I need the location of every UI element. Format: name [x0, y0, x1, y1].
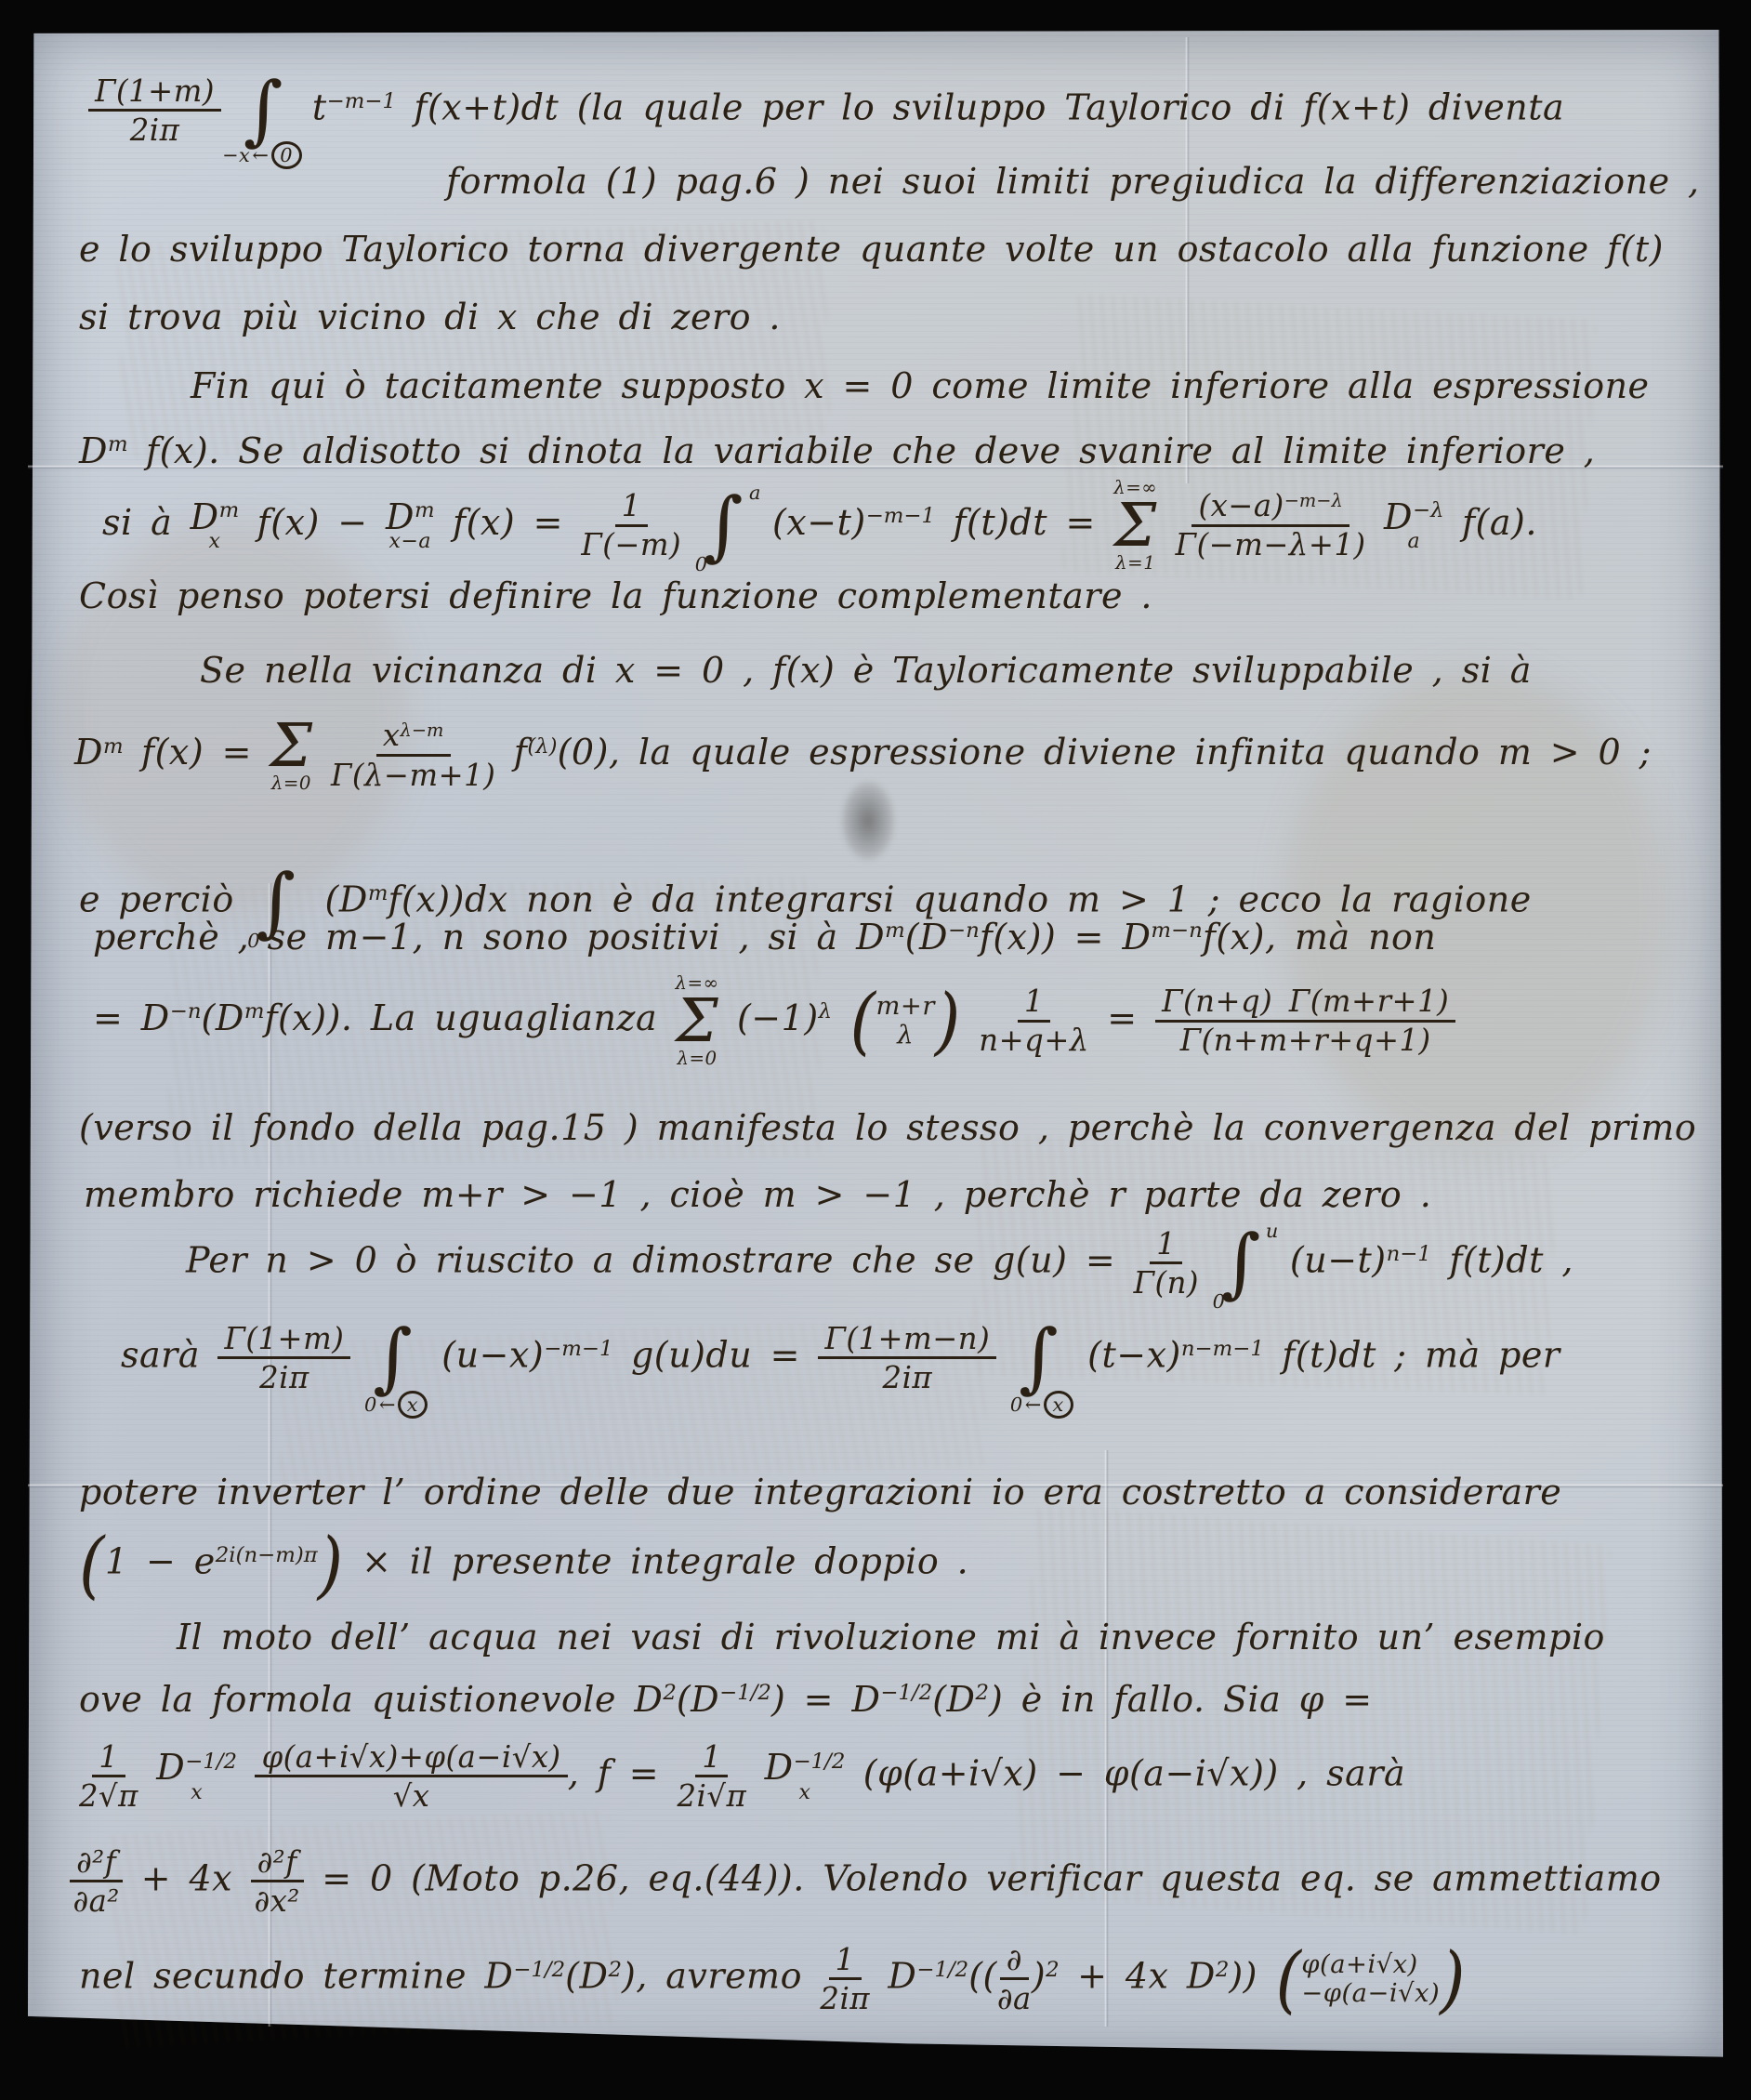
- math-run: f(x) −: [257, 502, 368, 543]
- fraction-numerator: 1: [615, 489, 648, 526]
- manuscript-line-5: Fin qui ò tacitamente supposto x = 0 com…: [191, 364, 1650, 409]
- fraction-numerator: 1: [829, 1943, 862, 1980]
- summation: λ=∞Σλ=1: [1113, 479, 1157, 573]
- math-run: (u−x): [441, 1334, 544, 1375]
- text-run: nel secundo termine: [79, 1956, 467, 1997]
- text-run: sarà: [1326, 1753, 1405, 1794]
- math-run: g(u) =: [993, 1239, 1115, 1280]
- text-run: formola (1) pag.6 ) nei suoi limiti preg…: [446, 161, 1700, 202]
- fraction-denominator: Γ(λ−m+1): [331, 757, 495, 792]
- sum-lower-limit: λ=1: [1115, 554, 1155, 573]
- math-fraction: 12√π: [79, 1740, 138, 1813]
- math-run: (0),: [558, 732, 621, 773]
- integral-sign: ∫: [1019, 1320, 1059, 1396]
- operator-subscript: x: [191, 1783, 203, 1803]
- stacked-arguments: (φ(a+i√x)−φ(a−i√x)): [1275, 1956, 1466, 1997]
- math-run: D: [156, 1747, 185, 1788]
- math-run: (u−t): [1290, 1239, 1387, 1280]
- fraction-denominator: ∂a²: [72, 1882, 119, 1918]
- big-paren: ): [1440, 1943, 1466, 2016]
- exponent: 2: [1216, 1958, 1230, 1982]
- exponent: m: [415, 498, 435, 522]
- manuscript-line-21: ove la formola quistionevole D2(D−1/2) =…: [79, 1678, 1373, 1723]
- limit-text: −x: [222, 143, 250, 167]
- integral-sign: ∫: [1221, 1225, 1261, 1301]
- math-run: f(t)dt ; mà per: [1282, 1334, 1560, 1375]
- big-paren: ): [318, 1528, 344, 1602]
- math-run: ): [1032, 1956, 1046, 1997]
- manuscript-line-4: si trova più vicino di x che di zero .: [79, 296, 781, 340]
- integral: ∫−x←0: [244, 73, 283, 149]
- math-fraction: Γ(1+m−n)2iπ: [818, 1322, 996, 1394]
- text-run: potere inverter l’ ordine delle due inte…: [79, 1472, 1561, 1512]
- exponent: m: [368, 881, 388, 905]
- argument-stack: φ(a+i√x)−φ(a−i√x): [1301, 1950, 1440, 2009]
- binomial-stack: m+rλ: [875, 992, 934, 1050]
- fraction-numerator: ∂²f: [70, 1845, 123, 1882]
- math-run: f(x)) = D: [980, 917, 1152, 958]
- operator-subscript: x−a: [389, 532, 432, 552]
- text-run: si trova più vicino di x che di zero .: [79, 297, 781, 337]
- math-fraction: Γ(1+m)2iπ: [217, 1322, 350, 1394]
- manuscript-line-8: Così penso potersi definire la funzione …: [79, 575, 1152, 619]
- math-fraction: ∂²f∂x²: [251, 1845, 304, 1918]
- limit-arrow-icon: ←: [1025, 1393, 1042, 1417]
- integral: ∫a0: [704, 488, 744, 564]
- math-run: (−1): [737, 997, 819, 1038]
- manuscript-line-1: Γ(1+m)2iπ ∫−x←0 t−m−1 f(x+t)dt (la quale…: [88, 73, 1564, 149]
- math-run: (D: [932, 1679, 975, 1720]
- fraction-denominator: Γ(−m): [581, 527, 681, 562]
- math-run: f(x))dx: [388, 878, 507, 919]
- scanned-manuscript-screenshot: { "colors": { "background": "#060606", "…: [0, 0, 1751, 2100]
- fraction-denominator: 2√π: [79, 1777, 138, 1813]
- text-run: = 0 (Moto p.26, eq.(44)). Volendo verifi…: [322, 1858, 1661, 1899]
- exponent: (λ): [527, 734, 557, 759]
- integral-sign: ∫: [704, 488, 744, 564]
- exponent: −m−λ: [1284, 490, 1343, 511]
- fraction-numerator: Γ(1+m): [217, 1322, 350, 1359]
- fraction-denominator: Γ(−m−λ+1): [1176, 527, 1366, 562]
- text-run: membro richiede m+r > −1 , cioè m > −1 ,…: [84, 1174, 1431, 1215]
- math-run: D: [856, 917, 885, 958]
- circled-limit: x: [398, 1391, 428, 1419]
- d-operator-stack: D−1/2x: [765, 1750, 846, 1803]
- math-run: f(x)). La uguaglianza: [264, 997, 657, 1038]
- math-run: + 4x D: [1077, 1956, 1216, 1997]
- manuscript-line-18: potere inverter l’ ordine delle due inte…: [79, 1471, 1561, 1515]
- manuscript-line-19: (1 − e2i(n−m)π) × il presente integrale …: [79, 1532, 968, 1597]
- d-operator-stack: Dmx: [191, 499, 240, 552]
- text-run: perchè , se m−1, n sono positivi , si à: [93, 917, 838, 958]
- operator-row: Dm: [191, 499, 240, 535]
- operator-row: D−λ: [1384, 499, 1444, 535]
- circled-limit: x: [1044, 1391, 1073, 1419]
- text-run: Se nella vicinanza di x = 0 , f(x) è Tay…: [200, 650, 1532, 691]
- manuscript-line-9: Se nella vicinanza di x = 0 , f(x) è Tay…: [200, 649, 1532, 693]
- math-run: (D: [565, 1956, 608, 1997]
- exponent: −1/2: [794, 1750, 846, 1774]
- fraction-numerator: (x−a)−m−λ: [1191, 489, 1349, 526]
- exponent: −1/2: [513, 1958, 565, 1982]
- exponent: −m−1: [327, 89, 396, 113]
- fraction-numerator: 1: [92, 1740, 125, 1777]
- math-fraction: 1Γ(−m): [581, 489, 681, 561]
- multiplication-sign: ×: [362, 1541, 391, 1582]
- math-run: (t−x): [1087, 1334, 1181, 1375]
- manuscript-line-15: membro richiede m+r > −1 , cioè m > −1 ,…: [84, 1173, 1431, 1218]
- manuscript-line-3: e lo sviluppo Taylorico torna divergente…: [79, 228, 1664, 272]
- text-run: ove la formola quistionevole: [79, 1679, 616, 1720]
- fraction-denominator: ∂x²: [254, 1882, 299, 1918]
- fraction-numerator: 1: [1150, 1227, 1182, 1264]
- summation: Σλ=0: [270, 718, 312, 793]
- text-run: non è da integrarsi quando m > 1 ; ecco …: [526, 878, 1532, 919]
- text-run: Il moto dell’ acqua nei vasi di rivoluzi…: [177, 1617, 1605, 1658]
- integral: ∫0←x: [373, 1320, 413, 1396]
- fraction-numerator: 1: [1018, 984, 1050, 1022]
- integral-lower-limit: 0←x: [1010, 1391, 1073, 1419]
- summation: λ=∞Σλ=0: [676, 974, 719, 1068]
- operator-row: D−1/2: [156, 1750, 237, 1785]
- math-run: D: [888, 1956, 916, 1997]
- math-run: (D: [677, 1679, 719, 1720]
- fraction-numerator: ∂²f: [251, 1845, 304, 1882]
- math-run: ), avremo: [622, 1956, 802, 1997]
- math-fraction: 1Γ(n): [1134, 1227, 1199, 1300]
- fraction-numerator: ∂: [1000, 1943, 1029, 1980]
- math-fraction: 12iπ: [820, 1943, 870, 2015]
- exponent: −1/2: [880, 1681, 932, 1705]
- operator-row: Dm: [386, 499, 435, 535]
- exponent: −λ: [1413, 498, 1444, 522]
- text-run: e perciò: [79, 878, 234, 919]
- exponent: 2: [1046, 1958, 1060, 1982]
- exponent: m: [103, 734, 124, 759]
- fraction-denominator: n+q+λ: [979, 1023, 1089, 1058]
- math-run: f(x+t)dt: [414, 86, 559, 127]
- fraction-denominator: Γ(n+m+r+q+1): [1180, 1023, 1431, 1058]
- math-run: D: [74, 732, 103, 773]
- exponent: 2: [608, 1958, 622, 1982]
- math-fraction: ∂²f∂a²: [70, 1845, 123, 1918]
- limit-text: 0: [364, 1393, 377, 1417]
- math-run: x: [383, 718, 401, 753]
- fraction-numerator: xλ−m: [376, 719, 451, 756]
- fraction-denominator: 2iπ: [259, 1359, 309, 1394]
- math-fraction: φ(a+i√x)+φ(a−i√x)√x: [255, 1740, 567, 1813]
- fraction-denominator: 2iπ: [130, 112, 180, 147]
- math-run: =: [1107, 997, 1137, 1038]
- operator-subscript: x: [799, 1783, 811, 1803]
- exponent: 2: [663, 1681, 677, 1705]
- big-paren: (: [850, 984, 876, 1058]
- exponent: −1/2: [185, 1750, 237, 1774]
- math-run: D: [765, 1747, 794, 1788]
- sum-sign: Σ: [270, 718, 312, 774]
- math-run: ,: [568, 1753, 580, 1794]
- exponent: −m−1: [544, 1337, 612, 1361]
- math-run: (D: [905, 917, 948, 958]
- exponent: −m−1: [866, 504, 935, 528]
- fraction-denominator: 2iπ: [820, 1980, 870, 2015]
- integral-sign: ∫: [244, 73, 283, 149]
- math-run: f: [514, 732, 528, 773]
- manuscript-line-17: sarà Γ(1+m)2iπ ∫0←x (u−x)−m−1 g(u)du = Γ…: [121, 1320, 1560, 1396]
- math-run: (D: [325, 878, 368, 919]
- math-run: )): [1229, 1956, 1257, 1997]
- exponent: m: [219, 498, 240, 522]
- fraction-numerator: Γ(1+m): [88, 74, 221, 112]
- math-fraction: ∂∂a: [997, 1943, 1032, 2015]
- exponent: −n: [170, 999, 202, 1024]
- manuscript-line-16: Per n > 0 ò riuscito a dimostrare che se…: [186, 1225, 1573, 1301]
- sum-lower-limit: λ=0: [271, 774, 311, 793]
- math-run: ((: [968, 1956, 997, 1997]
- limit-arrow-icon: ←: [379, 1393, 396, 1417]
- math-run: D: [79, 430, 108, 471]
- math-run: ) = D: [771, 1679, 880, 1720]
- manuscript-line-2: formola (1) pag.6 ) nei suoi limiti preg…: [446, 160, 1700, 205]
- circled-limit: 0: [271, 141, 302, 169]
- fraction-numerator: φ(a+i√x)+φ(a−i√x): [255, 1740, 567, 1777]
- text-run: il presente integrale doppio .: [410, 1541, 968, 1582]
- exponent: −1/2: [916, 1958, 968, 1982]
- manuscript-line-6: Dm f(x). Se aldisotto si dinota la varia…: [79, 429, 1595, 474]
- manuscript-line-14: (verso il fondo della pag.15 ) manifesta…: [79, 1106, 1696, 1151]
- fraction-numerator: 1: [695, 1740, 728, 1777]
- integral-lower-limit: 0: [1213, 1289, 1226, 1314]
- fraction-numerator: Γ(n+q) Γ(m+r+1): [1155, 984, 1455, 1022]
- big-paren: ): [935, 984, 961, 1058]
- text-run: Così penso potersi definire la funzione …: [79, 575, 1152, 616]
- sum-sign: Σ: [676, 993, 718, 1050]
- math-fraction: Γ(n+q) Γ(m+r+1)Γ(n+m+r+q+1): [1155, 984, 1455, 1057]
- d-operator-stack: D−1/2x: [156, 1750, 237, 1803]
- text-run: e lo sviluppo Taylorico torna divergente…: [79, 229, 1664, 270]
- fraction-denominator: 2i√π: [678, 1777, 747, 1813]
- operator-subscript: x: [208, 532, 220, 552]
- math-fraction: xλ−mΓ(λ−m+1): [331, 719, 495, 791]
- operator-subscript: a: [1407, 532, 1420, 552]
- fraction-denominator: Γ(n): [1134, 1264, 1199, 1300]
- math-run: f(a).: [1462, 502, 1537, 543]
- math-run: + 4x: [141, 1858, 232, 1899]
- d-operator-stack: D−λa: [1384, 499, 1444, 552]
- math-run: f(t)dt =: [953, 502, 1095, 543]
- fraction-numerator: Γ(1+m−n): [818, 1322, 996, 1359]
- binomial-bottom: λ: [897, 1021, 914, 1050]
- text-run: f(x). Se aldisotto si dinota la variabil…: [146, 430, 1595, 471]
- math-fraction: Γ(1+m)2iπ: [88, 74, 221, 147]
- math-run: D: [484, 1956, 513, 1997]
- text-run: si à: [102, 502, 172, 543]
- binomial: (m+rλ): [850, 997, 961, 1038]
- exponent: m: [108, 432, 128, 456]
- integral-lower-limit: 0←x: [364, 1391, 428, 1419]
- exponent: m−n: [1151, 918, 1202, 943]
- manuscript-line-24: nel secundo termine D−1/2(D2), avremo 12…: [79, 1943, 1466, 2015]
- big-paren: (: [1275, 1943, 1301, 2016]
- manuscript-line-10: Dm f(x) = Σλ=0 xλ−mΓ(λ−m+1) f(λ)(0), la …: [74, 718, 1652, 793]
- manuscript-line-12: perchè , se m−1, n sono positivi , si à …: [93, 916, 1436, 960]
- manuscript-line-13: = D−n(Dmf(x)). La uguaglianza λ=∞Σλ=0 (−…: [93, 974, 1455, 1068]
- integral: ∫0←x: [1019, 1320, 1059, 1396]
- limit-text: 0: [1010, 1393, 1023, 1417]
- text-run: Per n > 0 ò riuscito a dimostrare che se: [186, 1239, 975, 1280]
- exponent: 2i(n−m)π: [216, 1543, 318, 1567]
- exponent: m: [885, 918, 905, 943]
- exponent: −n: [948, 918, 980, 943]
- math-fraction: 12i√π: [678, 1740, 747, 1813]
- math-run: = D: [93, 997, 170, 1038]
- binomial-top: m+r: [875, 992, 934, 1021]
- manuscript-line-20: Il moto dell’ acqua nei vasi di rivoluzi…: [177, 1616, 1605, 1660]
- integral-upper-limit: u: [1266, 1219, 1279, 1243]
- stack-row: −φ(a−i√x): [1301, 1979, 1440, 2008]
- integral-sign: ∫: [373, 1320, 413, 1396]
- text-run: (la quale per lo sviluppo Taylorico di f…: [577, 86, 1564, 127]
- fraction-denominator: √x: [393, 1777, 430, 1813]
- exponent: λ−m: [401, 720, 444, 741]
- fraction-denominator: ∂a: [997, 1980, 1032, 2015]
- math-run: f =: [598, 1753, 659, 1794]
- math-run: (D: [202, 997, 244, 1038]
- d-operator-stack: Dmx−a: [386, 499, 435, 552]
- text-run: la quale espressione diviene infinita qu…: [639, 732, 1652, 773]
- exponent: λ: [819, 999, 832, 1024]
- limit-arrow-icon: ←: [252, 143, 269, 167]
- math-run: f(x), mà non: [1203, 917, 1437, 958]
- math-run: f(x) =: [453, 502, 563, 543]
- math-run: D: [634, 1679, 663, 1720]
- math-run: t: [312, 86, 327, 127]
- math-run: (x−a): [1198, 488, 1284, 523]
- exponent: m: [244, 999, 265, 1024]
- math-fraction: 1n+q+λ: [979, 984, 1089, 1057]
- manuscript-line-7: si à Dmx f(x) − Dmx−a f(x) = 1Γ(−m) ∫a0 …: [102, 479, 1537, 573]
- operator-row: D−1/2: [765, 1750, 846, 1785]
- manuscript-line-23: ∂²f∂a² + 4x ∂²f∂x² = 0 (Moto p.26, eq.(4…: [70, 1845, 1662, 1918]
- sum-lower-limit: λ=0: [677, 1050, 717, 1068]
- math-run: (φ(a+i√x) − φ(a−i√x)) ,: [863, 1753, 1309, 1794]
- exponent: n−m−1: [1181, 1337, 1264, 1361]
- exponent: 2: [976, 1681, 990, 1705]
- text-run: Fin qui ò tacitamente supposto x = 0 com…: [191, 365, 1650, 406]
- big-paren: (: [79, 1528, 105, 1602]
- stack-row: φ(a+i√x): [1301, 1950, 1417, 1979]
- integral-lower-limit: −x←0: [222, 141, 302, 169]
- text-run: sarà: [121, 1334, 200, 1375]
- math-run: f(t)dt ,: [1449, 1239, 1573, 1280]
- math-run: 1 − e: [105, 1541, 216, 1582]
- fraction-denominator: 2iπ: [883, 1359, 933, 1394]
- exponent: −1/2: [719, 1681, 771, 1705]
- integral: ∫u0: [1221, 1225, 1261, 1301]
- math-run: (x−t): [772, 502, 866, 543]
- text-run: (verso il fondo della pag.15 ) manifesta…: [79, 1107, 1696, 1148]
- math-run: ) è in fallo. Sia φ =: [989, 1679, 1373, 1720]
- sum-sign: Σ: [1114, 497, 1157, 554]
- integral-lower-limit: 0: [695, 552, 708, 576]
- exponent: n−1: [1387, 1242, 1431, 1266]
- manuscript-line-22: 12√π D−1/2x φ(a+i√x)+φ(a−i√x)√x, f = 12i…: [79, 1740, 1405, 1813]
- math-run: g(u)du =: [631, 1334, 800, 1375]
- math-run: f(x) =: [141, 732, 252, 773]
- integral-upper-limit: a: [749, 481, 761, 505]
- math-fraction: (x−a)−m−λΓ(−m−λ+1): [1176, 489, 1366, 561]
